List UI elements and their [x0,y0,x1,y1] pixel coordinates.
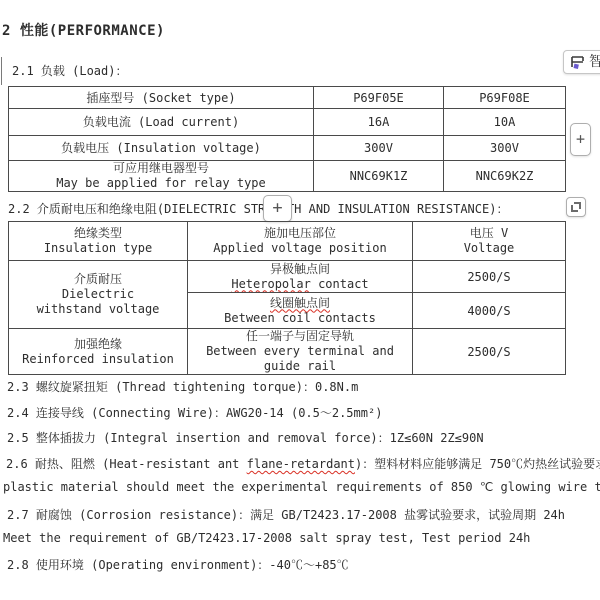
misspelled-word: Heteropolar [231,277,310,291]
terminal-guide-rail-zh: 任一端子与固定导轨 [190,329,410,344]
terminal-guide-rail-en: Between every terminal and guide rail [190,344,410,374]
socket-type-label: 插座型号 (Socket type) [9,87,314,109]
coil-voltage: 4000/S [413,293,566,329]
section-2-2-heading: 2.2 介质耐电压和绝缘电阻(DIELECTRIC STRENGTH AND I… [8,200,508,217]
heteropolar-contact-en: Heteropolar contact [190,277,410,292]
heteropolar-contact-en-rest: contact [311,277,369,291]
load-current-label: 负载电流 (Load current) [9,109,314,136]
relay-type-label-en: May be applied for relay type [11,176,311,191]
load-voltage-value-1: 300V [314,136,444,161]
heteropolar-voltage: 2500/S [413,261,566,293]
table-row: 可应用继电器型号 May be applied for relay type N… [9,161,566,192]
plus-icon: + [576,132,585,147]
spec-line-2-5: 2.5 整体插拔力 (Integral insertion and remova… [7,429,484,446]
terminal-guide-rail-cell: 任一端子与固定导轨 Between every terminal and gui… [188,329,413,375]
voltage-header-zh: 电压 V [415,226,563,241]
load-current-value-2: 10A [444,109,566,136]
reinforced-insulation-en: Reinforced insulation [11,352,185,367]
load-voltage-label: 负载电压 (Insulation voltage) [9,136,314,161]
reinforced-voltage: 2500/S [413,329,566,375]
spec-line-2-6-continuation: plastic material should meet the experim… [3,480,600,494]
dielectric-table: 绝缘类型 Insulation type 施加电压部位 Applied volt… [8,221,566,375]
plus-icon: + [272,200,282,217]
load-voltage-value-2: 300V [444,136,566,161]
relay-type-label: 可应用继电器型号 May be applied for relay type [9,161,314,192]
socket-type-value-2: P69F08E [444,87,566,109]
relay-type-value-1: NNC69K1Z [314,161,444,192]
coil-contacts-zh: 线圈触点间 [190,296,410,311]
misspelled-word: flane-retardant [247,457,355,471]
reinforced-insulation-label: 加强绝缘 Reinforced insulation [9,329,188,375]
insulation-type-header-en: Insulation type [11,241,185,256]
voltage-header: 电压 V Voltage [413,222,566,261]
table-row: 插座型号 (Socket type) P69F05E P69F08E [9,87,566,109]
heteropolar-contact-cell: 异极触点间 Heteropolar contact [188,261,413,293]
extension-button[interactable]: 智 [563,50,600,74]
translate-doc-icon [570,55,585,70]
table-row: 介质耐压 Dielectric withstand voltage 异极触点间 … [9,261,566,293]
partial-glyph-icon: 智 [589,55,600,69]
applied-position-header-en: Applied voltage position [190,241,410,256]
applied-position-header: 施加电压部位 Applied voltage position [188,222,413,261]
dielectric-withstand-label-zh: 介质耐压 [11,272,185,287]
spec-line-2-7-continuation: Meet the requirement of GB/T2423.17-2008… [3,531,530,545]
dielectric-withstand-label-en2: withstand voltage [11,302,185,317]
table-row: 负载电压 (Insulation voltage) 300V 300V [9,136,566,161]
expand-icon [571,205,578,212]
table-row: 负载电流 (Load current) 16A 10A [9,109,566,136]
load-table: 插座型号 (Socket type) P69F05E P69F08E 负载电流 … [8,86,566,192]
relay-type-value-2: NNC69K2Z [444,161,566,192]
spec-2-6-post: )：塑料材料应能够满足 750℃灼热丝试验要求 The [355,457,600,471]
coil-contacts-cell: 线圈触点间 Between coil contacts [188,293,413,329]
page-title: 2 性能(PERFORMANCE) [2,20,165,40]
socket-type-value-1: P69F05E [314,87,444,109]
heteropolar-contact-zh: 异极触点间 [190,262,410,277]
coil-contacts-en: Between coil contacts [190,311,410,326]
spec-line-2-6: 2.6 耐热、阻燃 (Heat-resistant ant flane-reta… [6,455,600,472]
applied-position-header-zh: 施加电压部位 [190,226,410,241]
insulation-type-header-zh: 绝缘类型 [11,226,185,241]
relay-type-label-zh: 可应用继电器型号 [11,161,311,176]
insulation-type-header: 绝缘类型 Insulation type [9,222,188,261]
add-row-button[interactable]: + [570,123,591,156]
dielectric-withstand-label: 介质耐压 Dielectric withstand voltage [9,261,188,329]
table-row: 加强绝缘 Reinforced insulation 任一端子与固定导轨 Bet… [9,329,566,375]
spec-line-2-7: 2.7 耐腐蚀 (Corrosion resistance)：满足 GB/T24… [7,506,565,523]
add-annotation-button[interactable]: + [263,195,292,222]
spec-line-2-3: 2.3 螺纹旋紧扭矩 (Thread tightening torque)：0.… [7,378,358,395]
load-current-value-1: 16A [314,109,444,136]
section-2-1-heading: 2.1 负载 (Load)： [12,62,127,79]
spec-line-2-4: 2.4 连接导线 (Connecting Wire)：AWG20-14 (0.5… [7,404,382,421]
spec-2-6-pre: 2.6 耐热、阻燃 (Heat-resistant ant [6,457,247,471]
document-page: { "title": "2 性能(PERFORMANCE)", "heading… [0,0,600,600]
voltage-header-en: Voltage [415,241,563,256]
dielectric-withstand-label-en1: Dielectric [11,287,185,302]
expand-button[interactable] [566,197,586,217]
left-edge-line [1,57,2,85]
spec-line-2-8: 2.8 使用环境 (Operating environment)：-40℃～+8… [7,556,349,573]
table-header-row: 绝缘类型 Insulation type 施加电压部位 Applied volt… [9,222,566,261]
reinforced-insulation-zh: 加强绝缘 [11,337,185,352]
